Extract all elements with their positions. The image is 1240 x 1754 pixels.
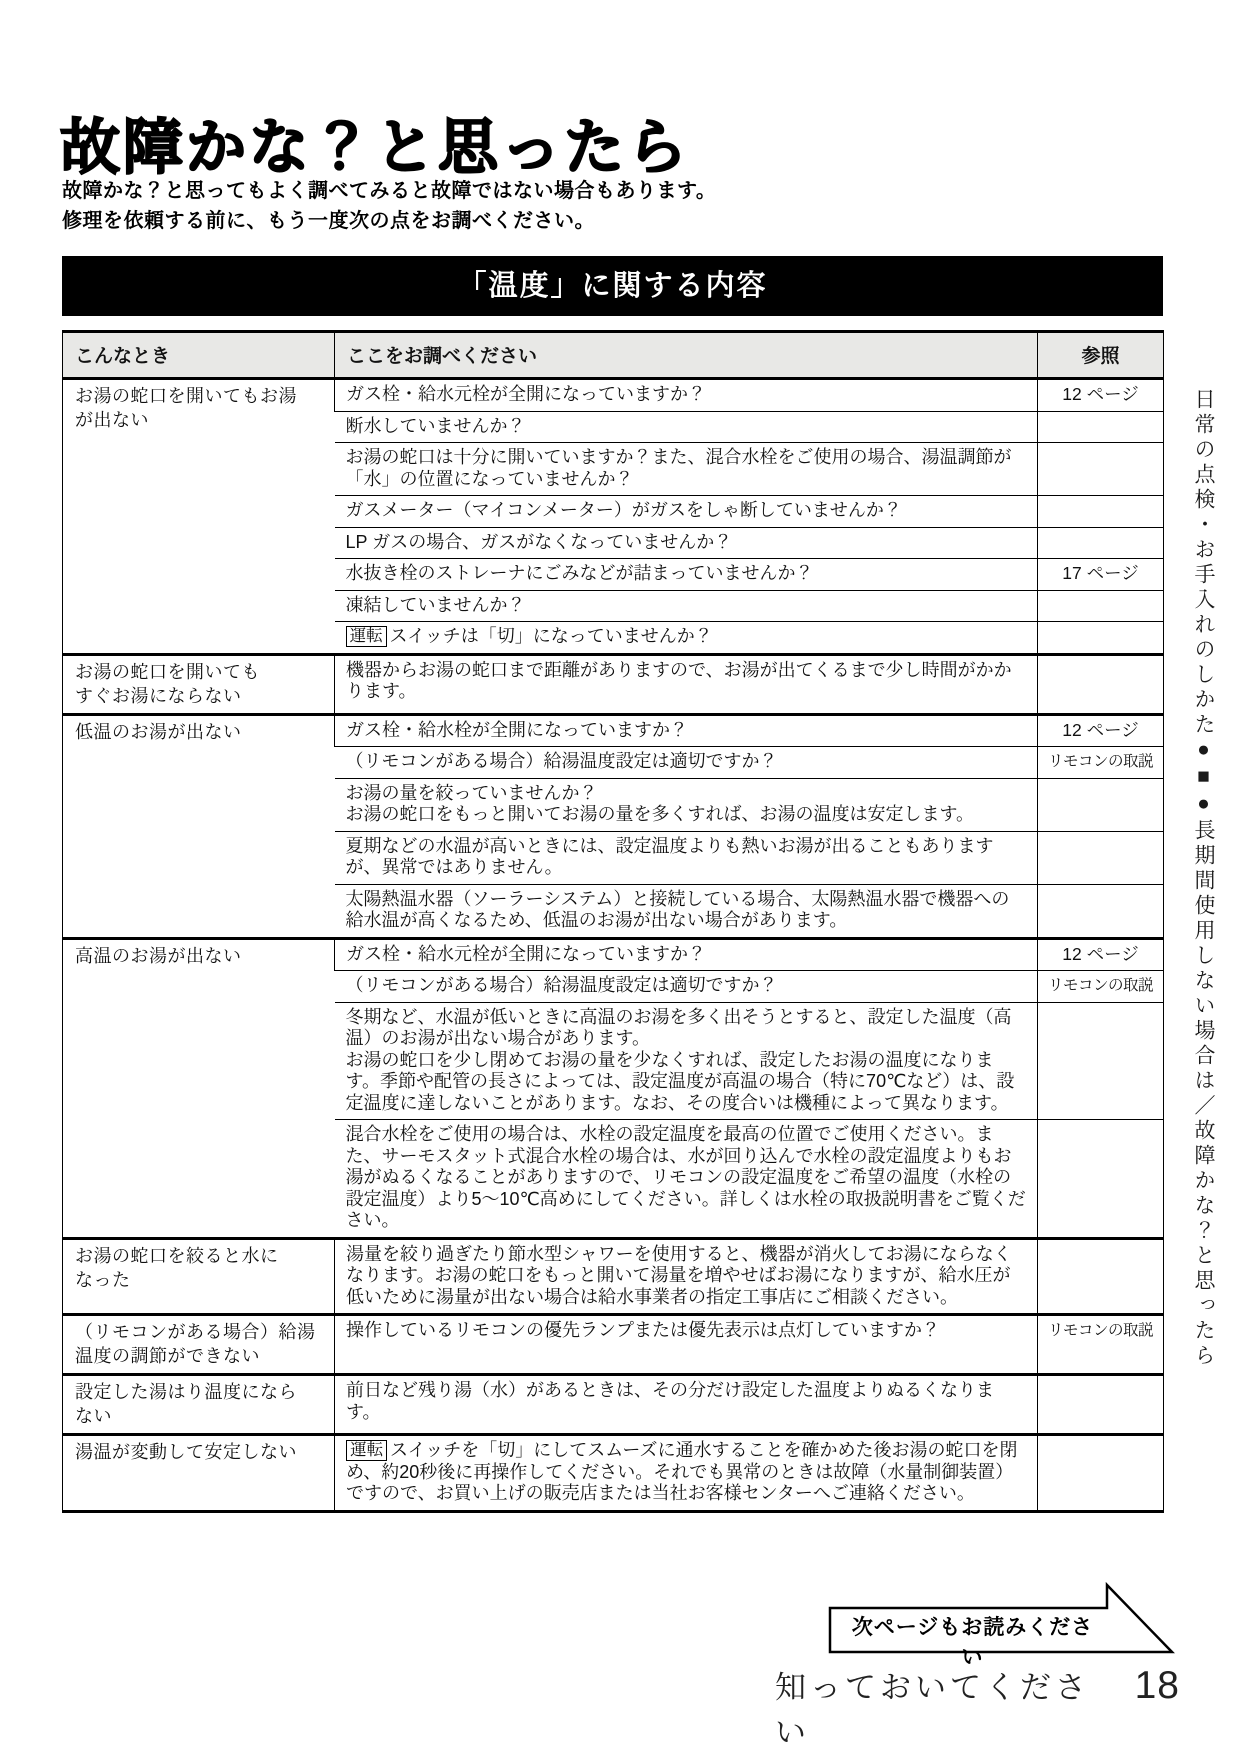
check-cell: ガスメーター（マイコンメーター）がガスをしゃ断していませんか？ [335,496,1038,528]
ref-cell [1038,1238,1164,1315]
page-footer: 知っておいてください 18 [775,1662,1180,1752]
check-cell: ガス栓・給水元栓が全開になっていますか？ [335,379,1038,412]
ref-cell [1038,831,1164,884]
table-row: （リモコンがある場合）給湯 温度の調節ができない操作しているリモコンの優先ランプ… [63,1315,1164,1375]
vertical-section-tab: 日常の点検・お手入れのしかた●■●長期間使用しない場合は／故障かな？と思ったら [1188,388,1218,1369]
check-cell: 機器からお湯の蛇口まで距離がありますので、お湯が出てくるまで少し時間がかかります… [335,654,1038,714]
header-ref: 参照 [1038,332,1164,379]
symptom-cell: お湯の蛇口を開いても すぐお湯にならない [63,654,335,714]
ref-cell: リモコンの取説 [1038,747,1164,779]
ref-cell: リモコンの取説 [1038,1315,1164,1375]
symptom-cell: 設定した湯はり温度になら ない [63,1375,335,1435]
symptom-cell: 低温のお湯が出ない [63,714,335,938]
ref-cell: 12 ページ [1038,379,1164,412]
section-banner: 「温度」に関する内容 [62,256,1163,316]
ref-cell [1038,1120,1164,1239]
check-cell: 断水していませんか？ [335,411,1038,443]
check-cell: 冬期など、水温が低いときに高温のお湯を多く出そうとすると、設定した温度（高温）の… [335,1002,1038,1120]
symptom-cell: 湯温が変動して安定しない [63,1435,335,1512]
ref-cell: 17 ページ [1038,559,1164,591]
check-cell: 操作しているリモコンの優先ランプまたは優先表示は点灯していますか？ [335,1315,1038,1375]
table-header-row: こんなとき ここをお調べください 参照 [63,332,1164,379]
ref-cell [1038,1435,1164,1512]
ref-cell [1038,884,1164,938]
ref-cell [1038,527,1164,559]
check-cell: 水抜き栓のストレーナにごみなどが詰まっていませんか？ [335,559,1038,591]
check-cell: 前日など残り湯（水）があるときは、その分だけ設定した温度よりぬるくなります。 [335,1375,1038,1435]
check-cell: （リモコンがある場合）給湯温度設定は適切ですか？ [335,747,1038,779]
symptom-cell: 高温のお湯が出ない [63,938,335,1238]
ref-cell [1038,654,1164,714]
ref-cell [1038,622,1164,655]
ref-cell [1038,411,1164,443]
table-row: お湯の蛇口を絞ると水に なった湯量を絞り過ぎたり節水型シャワーを使用すると、機器… [63,1238,1164,1315]
table-row: 設定した湯はり温度になら ない前日など残り湯（水）があるときは、その分だけ設定し… [63,1375,1164,1435]
ref-cell [1038,496,1164,528]
troubleshooting-table: こんなとき ここをお調べください 参照 お湯の蛇口を開いてもお湯 が出ないガス栓… [62,330,1164,1513]
troubleshooting-table-wrap: こんなとき ここをお調べください 参照 お湯の蛇口を開いてもお湯 が出ないガス栓… [62,330,1163,1513]
check-cell: 凍結していませんか？ [335,590,1038,622]
header-check: ここをお調べください [335,332,1038,379]
check-cell: 運転スイッチを「切」にしてスムーズに通水することを確かめた後お湯の蛇口を閉め、約… [335,1435,1038,1512]
check-cell: 夏期などの水温が高いときには、設定温度よりも熱いお湯が出ることもありますが、異常… [335,831,1038,884]
table-row: 湯温が変動して安定しない運転スイッチを「切」にしてスムーズに通水することを確かめ… [63,1435,1164,1512]
table-row: 高温のお湯が出ないガス栓・給水元栓が全開になっていますか？12 ページ [63,938,1164,971]
ref-cell [1038,1002,1164,1120]
ref-cell: 12 ページ [1038,938,1164,971]
page-number: 18 [1135,1664,1180,1708]
ref-cell [1038,590,1164,622]
ref-cell [1038,1375,1164,1435]
ref-cell [1038,778,1164,831]
check-cell: ガス栓・給水栓が全開になっていますか？ [335,714,1038,747]
check-cell: 湯量を絞り過ぎたり節水型シャワーを使用すると、機器が消火してお湯にならなくなりま… [335,1238,1038,1315]
ref-cell [1038,443,1164,496]
check-cell: お湯の蛇口は十分に開いていますか？また、混合水栓をご使用の場合、湯温調節が「水」… [335,443,1038,496]
symptom-cell: （リモコンがある場合）給湯 温度の調節ができない [63,1315,335,1375]
manual-page: 故障かな？と思ったら 故障かな？と思ってもよく調べてみると故障ではない場合もあり… [0,0,1240,1754]
intro-text: 故障かな？と思ってもよく調べてみると故障ではない場合もあります。 修理を依頼する… [62,176,716,236]
table-body: お湯の蛇口を開いてもお湯 が出ないガス栓・給水元栓が全開になっていますか？12 … [63,379,1164,1512]
check-cell: 太陽熱温水器（ソーラーシステム）と接続している場合、太陽熱温水器で機器への給水温… [335,884,1038,938]
symptom-cell: お湯の蛇口を開いてもお湯 が出ない [63,379,335,655]
header-symptom: こんなとき [63,332,335,379]
operation-switch-keybox: 運転 [346,1440,387,1461]
symptom-cell: お湯の蛇口を絞ると水に なった [63,1238,335,1315]
check-cell: ガス栓・給水元栓が全開になっていますか？ [335,938,1038,971]
check-cell: お湯の量を絞っていませんか？ お湯の蛇口をもっと開いてお湯の量を多くすれば、お湯… [335,778,1038,831]
operation-switch-keybox: 運転 [346,626,387,647]
check-cell: LP ガスの場合、ガスがなくなっていませんか？ [335,527,1038,559]
table-row: お湯の蛇口を開いてもお湯 が出ないガス栓・給水元栓が全開になっていますか？12 … [63,379,1164,412]
page-title: 故障かな？と思ったら [60,100,690,186]
footer-section-label: 知っておいてください [775,1662,1109,1752]
check-cell: 混合水栓をご使用の場合は、水栓の設定温度を最高の位置でご使用ください。また、サー… [335,1120,1038,1239]
ref-cell: リモコンの取説 [1038,971,1164,1003]
check-cell: 運転スイッチは「切」になっていませんか？ [335,622,1038,655]
table-row: お湯の蛇口を開いても すぐお湯にならない機器からお湯の蛇口まで距離がありますので… [63,654,1164,714]
table-row: 低温のお湯が出ないガス栓・給水栓が全開になっていますか？12 ページ [63,714,1164,747]
check-cell: （リモコンがある場合）給湯温度設定は適切ですか？ [335,971,1038,1003]
ref-cell: 12 ページ [1038,714,1164,747]
